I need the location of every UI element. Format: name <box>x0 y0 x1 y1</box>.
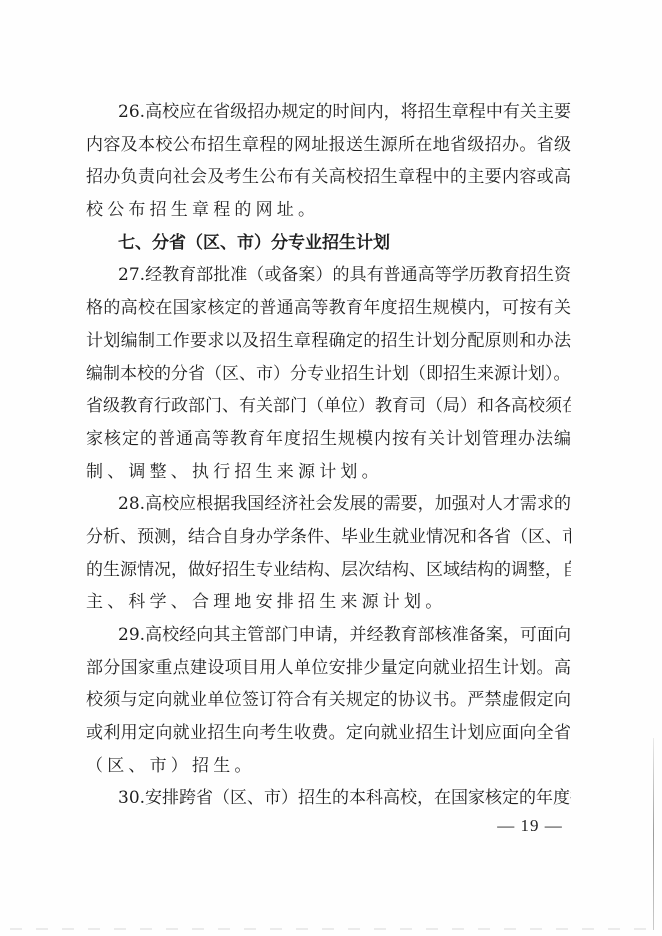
paragraph-27-line-2: 格的高校在国家核定的普通高等教育年度招生规模内，可按有关 <box>86 292 571 325</box>
paragraph-27-line-5: 省级教育行政部门、有关部门（单位）教育司（局）和各高校须在国 <box>86 390 571 423</box>
paragraph-26-line-3: 招办负责向社会及考生公布有关高校招生章程中的主要内容或高 <box>86 161 571 194</box>
paragraph-28-line-3: 的生源情况，做好招生专业结构、层次结构、区域结构的调整，自 <box>86 554 571 587</box>
paragraph-27-line-1: 27.经教育部批准（或备案）的具有普通高等学历教育招生资 <box>86 259 571 292</box>
scan-noise <box>10 928 650 930</box>
paragraph-29-line-4: 或利用定向就业招生向考生收费。定向就业招生计划应面向全省 <box>86 717 571 750</box>
paragraph-26-line-2: 内容及本校公布招生章程的网址报送生源所在地省级招办。省级 <box>86 129 571 162</box>
paragraph-27-line-4: 编制本校的分省（区、市）分专业招生计划（即招生来源计划）。各 <box>86 358 571 391</box>
document-page: 26.高校应在省级招办规定的时间内，将招生章程中有关主要 内容及本校公布招生章程… <box>0 0 662 936</box>
paragraph-27-line-3: 计划编制工作要求以及招生章程确定的招生计划分配原则和办法 <box>86 325 571 358</box>
scan-edge-line <box>653 738 654 930</box>
paragraph-27-line-6: 家核定的普通高等教育年度招生规模内按有关计划管理办法编 <box>86 423 571 456</box>
document-body: 26.高校应在省级招办规定的时间内，将招生章程中有关主要 内容及本校公布招生章程… <box>86 96 571 815</box>
paragraph-30-line-1: 30.安排跨省（区、市）招生的本科高校，在国家核定的年度招 <box>86 782 571 815</box>
paragraph-28-line-1: 28.高校应根据我国经济社会发展的需要，加强对人才需求的 <box>86 488 571 521</box>
page-number: — 19 — <box>493 816 567 836</box>
paragraph-28-line-2: 分析、预测，结合自身办学条件、毕业生就业情况和各省（区、市） <box>86 521 571 554</box>
paragraph-29-line-5: （区、市）招生。 <box>86 750 571 783</box>
paragraph-26-line-4: 校公布招生章程的网址。 <box>86 194 571 227</box>
paragraph-28-line-4: 主、科学、合理地安排招生来源计划。 <box>86 586 571 619</box>
section-heading-7: 七、分省（区、市）分专业招生计划 <box>86 227 571 260</box>
paragraph-27-line-7: 制、调整、执行招生来源计划。 <box>86 456 571 489</box>
paragraph-29-line-1: 29.高校经向其主管部门申请，并经教育部核准备案，可面向 <box>86 619 571 652</box>
paragraph-26-line-1: 26.高校应在省级招办规定的时间内，将招生章程中有关主要 <box>86 96 571 129</box>
paragraph-29-line-3: 校须与定向就业单位签订符合有关规定的协议书。严禁虚假定向 <box>86 684 571 717</box>
paragraph-29-line-2: 部分国家重点建设项目用人单位安排少量定向就业招生计划。高 <box>86 652 571 685</box>
